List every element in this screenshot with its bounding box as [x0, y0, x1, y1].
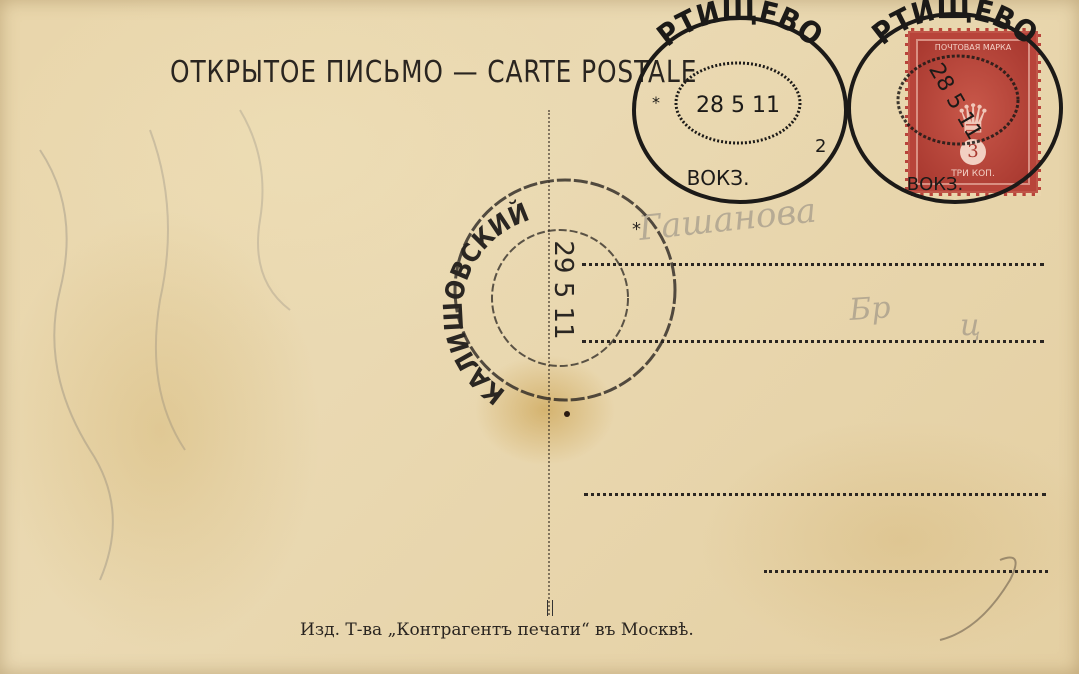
svg-text:КАЛИШОВСКИЙ: КАЛИШОВСКИЙ [439, 196, 534, 410]
arrival-postmark-date: 29 5 11 [548, 240, 578, 339]
handwriting-traces: Гашанова Бр ц [40, 110, 1016, 640]
postmark-2-station: ВОКЗ. [907, 174, 964, 195]
postmark-1-town: РТИЩЕВО [651, 0, 829, 54]
postmark-1-station: ВОКЗ. [687, 166, 750, 190]
ink-spot [564, 411, 570, 417]
handwriting-fragment-2: Бр [847, 290, 892, 328]
postmark-2-date: 28 5 11 [923, 59, 987, 144]
svg-text:РТИЩЕВО: РТИЩЕВО [651, 0, 829, 54]
postmark-1-star: * [652, 93, 660, 112]
arrival-postmark-star: * [632, 219, 641, 240]
departure-postmark-1: РТИЩЕВО 28 5 11 ВОКЗ. * 2 [634, 0, 846, 202]
postmarks-layer: Гашанова Бр ц РТИЩЕВО 28 5 11 ВОКЗ. * 2 [0, 0, 1079, 674]
svg-text:РТИЩЕВО: РТИЩЕВО [866, 0, 1044, 52]
postmark-1-date: 28 5 11 [696, 93, 780, 118]
postmark-1-number: 2 [815, 136, 826, 157]
departure-postmark-2: РТИЩЕВО 28 5 11 ВОКЗ. [849, 0, 1061, 202]
publisher-imprint: Изд. Т-ва „Контрагентъ печати“ въ Москвѣ… [300, 620, 694, 640]
postmark-2-town: РТИЩЕВО [866, 0, 1044, 52]
arrival-postmark-town: КАЛИШОВСКИЙ [439, 196, 534, 410]
postcard-back: ОТКРЫТОЕ ПИСЬМО — CARTE POSTALE ПОЧТОВАЯ… [0, 0, 1079, 674]
handwriting-fragment-3: ц [960, 308, 981, 343]
